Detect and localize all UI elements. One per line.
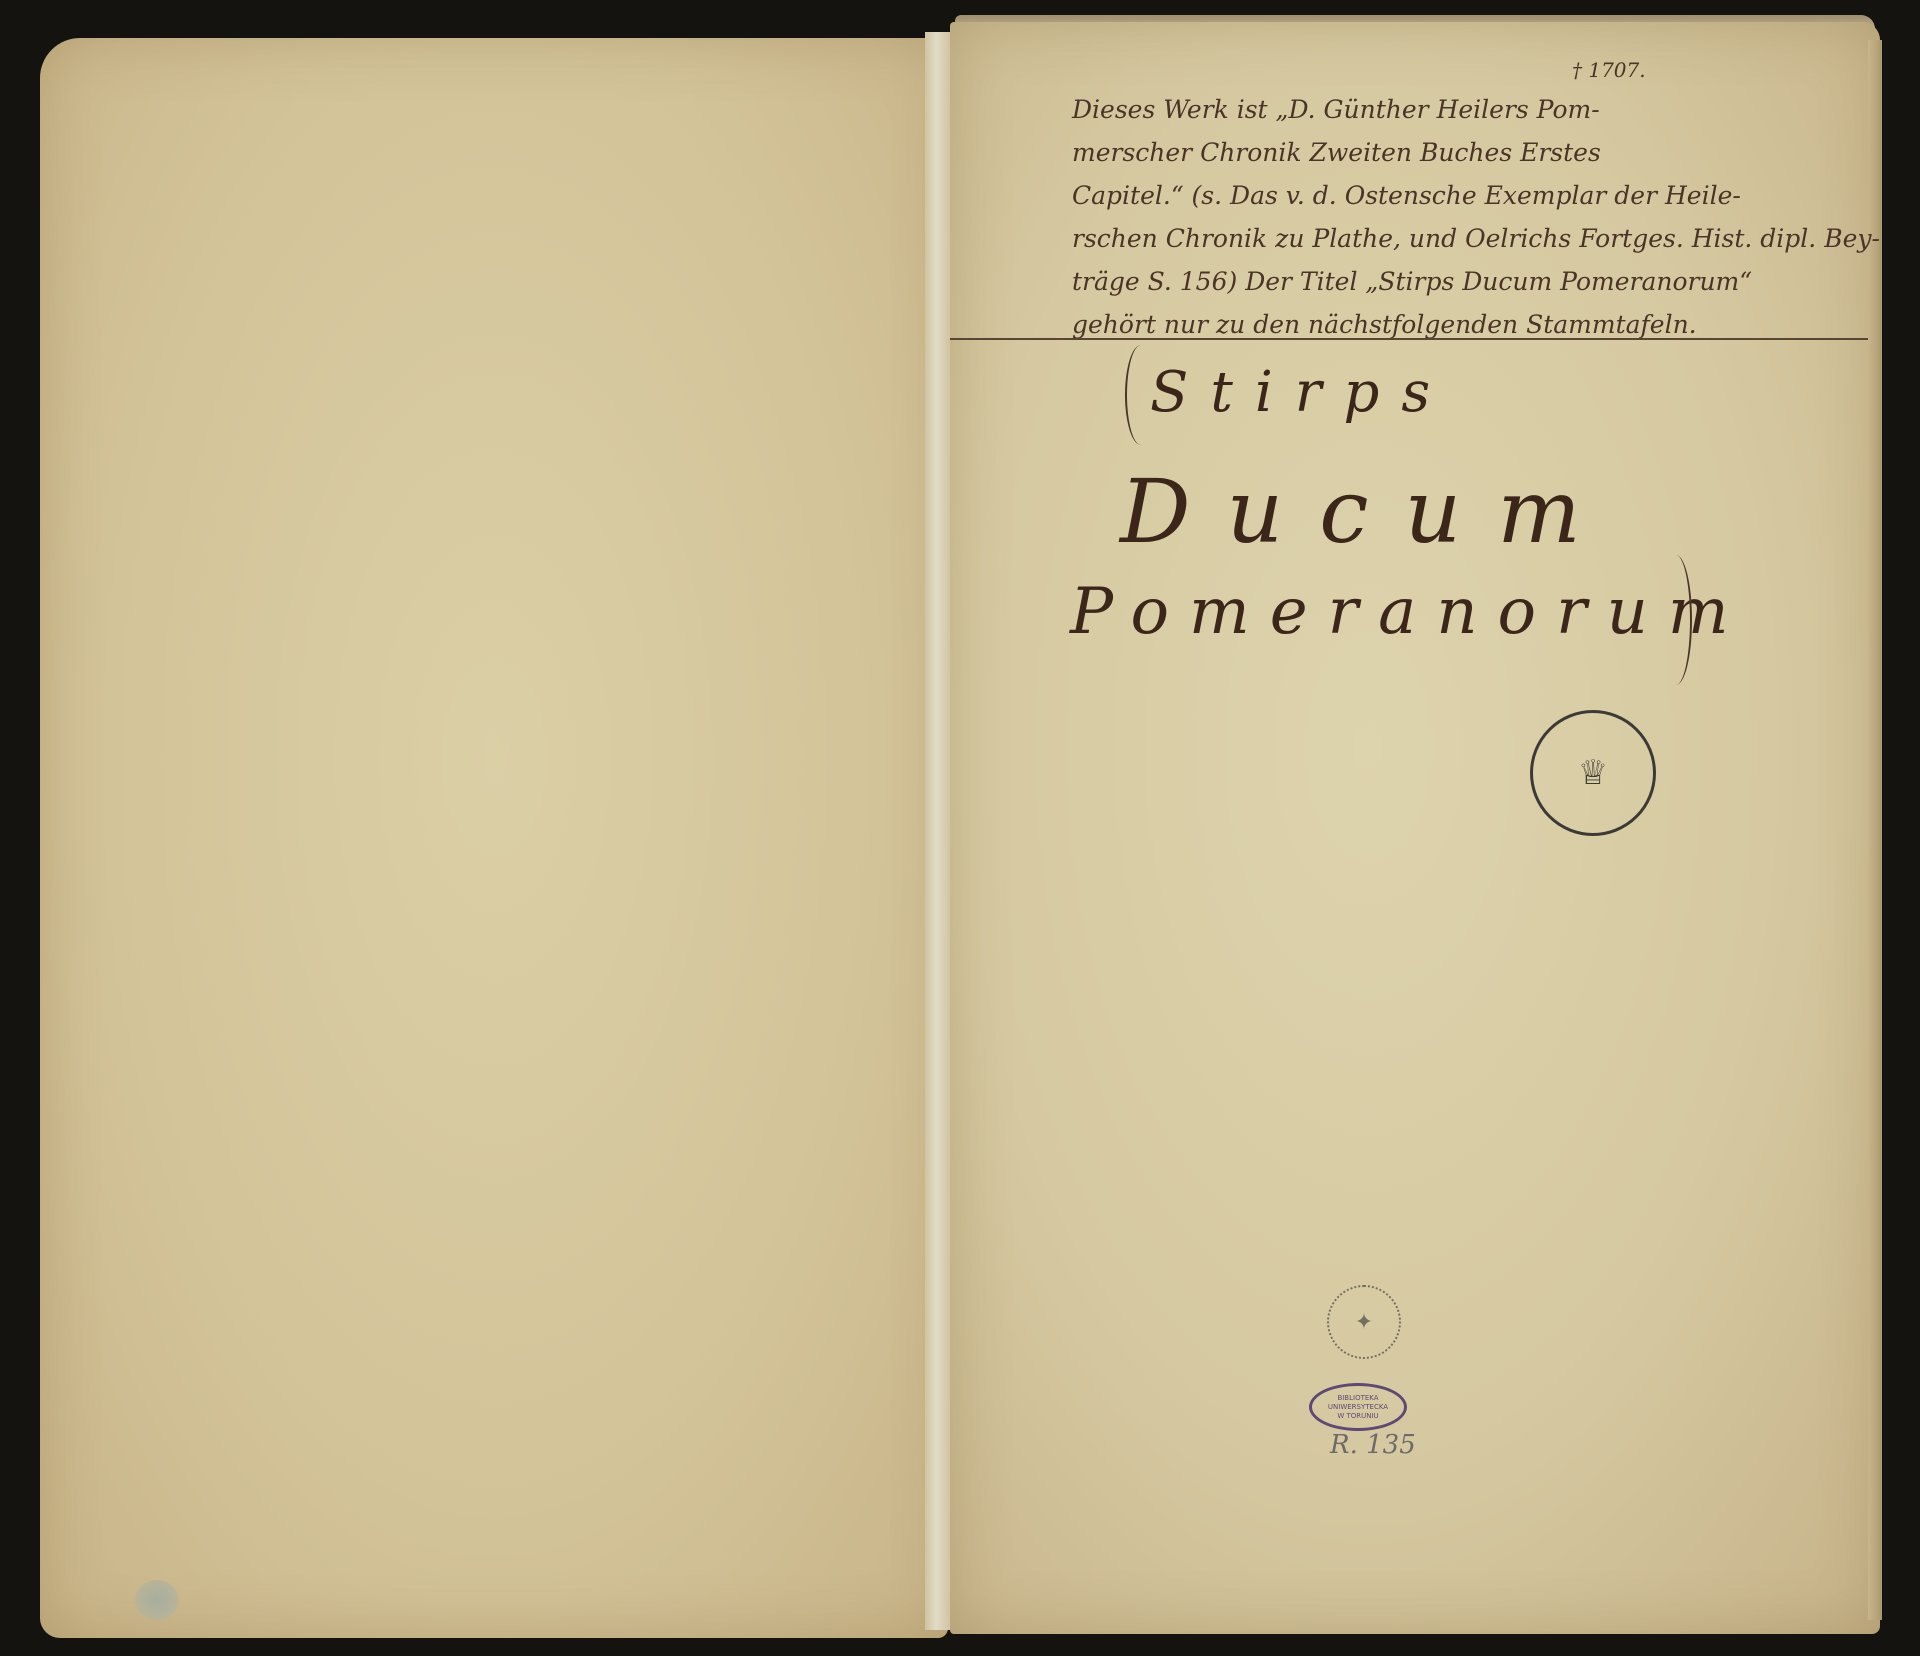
book-gutter <box>925 32 953 1630</box>
handwritten-note: Dieses Werk ist „D. Günther Heilers Pom-… <box>1072 88 1872 346</box>
note-line-1: Dieses Werk ist „D. Günther Heilers Pom- <box>1072 88 1872 131</box>
oval-stamp-line-1: BIBLIOTEKA <box>1337 1394 1378 1403</box>
note-line-2: merscher Chronik Zweiten Buches Erstes <box>1072 131 1872 174</box>
title-line-stirps: Stirps <box>1150 360 1452 425</box>
note-line-5: träge S. 156) Der Titel „Stirps Ducum Po… <box>1072 260 1872 303</box>
faded-eagle-stamp: ✦ <box>1327 1285 1401 1359</box>
library-oval-stamp: BIBLIOTEKA UNIWERSYTECKA W TORUNIU <box>1309 1383 1407 1431</box>
horizontal-rule <box>950 338 1868 340</box>
left-page <box>40 38 948 1638</box>
note-line-4: rschen Chronik zu Plathe, und Oelrichs F… <box>1072 217 1872 260</box>
griffin-emblem-icon: ♕ <box>1549 729 1637 817</box>
mold-spot <box>135 1580 179 1620</box>
note-superscript-date: † 1707. <box>1572 58 1646 82</box>
shelfmark: R. 135 <box>1330 1430 1416 1460</box>
note-line-3: Capitel.“ (s. Das v. d. Ostensche Exempl… <box>1072 174 1872 217</box>
oval-stamp-line-2: UNIWERSYTECKA <box>1328 1403 1388 1412</box>
title-line-ducum: Ducum <box>1120 460 1617 563</box>
oval-stamp-line-3: W TORUNIU <box>1337 1412 1378 1421</box>
title-line-pomeranorum: Pomeranorum <box>1070 575 1749 649</box>
generallandschaft-stamp: ♕ <box>1530 710 1656 836</box>
close-parenthesis <box>1660 555 1692 685</box>
